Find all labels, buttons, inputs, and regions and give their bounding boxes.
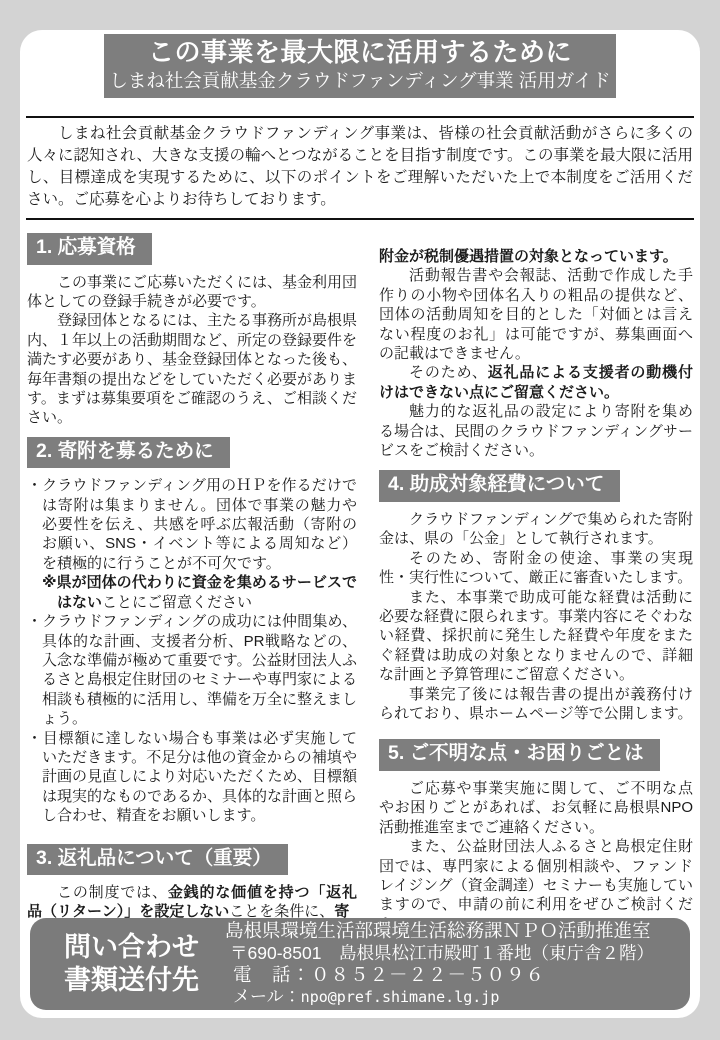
document-page: この事業を最大限に活用するために しまね社会貢献基金クラウドファンディング事業 … <box>20 30 700 1018</box>
contact-label-line2: 書類送付先 <box>64 964 199 997</box>
contact-email: メール：npo@pref.shimane.lg.jp <box>225 986 654 1008</box>
email-label: メール： <box>233 987 301 1006</box>
body-paragraph: クラウドファンディングで集められた寄附金は、県の「公金」として執行されます。 <box>379 510 693 549</box>
intro-block: しまね社会貢献基金クラウドファンディング事業は、皆様の社会貢献活動がさらに多くの… <box>26 116 694 220</box>
contact-box: 問い合わせ 書類送付先 島根県環境生活部環境生活総務課ＮＰＯ活動推進室 〒690… <box>30 918 690 1010</box>
section-heading: 3. 返礼品について（重要） <box>27 844 288 876</box>
section-heading: 4. 助成対象経費について <box>379 470 620 502</box>
body-paragraph: ご応募や事業実施に関して、ご不明な点やお困りごとがあれば、お気軽に島根県NPO活… <box>379 779 693 837</box>
section-heading: 2. 寄附を募るために <box>27 437 230 469</box>
page-title: この事業を最大限に活用するために <box>108 37 612 68</box>
left-column: 1. 応募資格この事業にご応募いただくには、基金利用団体としての登録手続きが必要… <box>27 233 357 922</box>
flyer-canvas: { "colors":{ "canvas":"#d3d3d3","page":"… <box>0 0 720 1040</box>
contact-phone: 電 話：０８５２－２２－５０９６ <box>225 964 654 986</box>
contact-address: 〒690-8501 島根県松江市殿町１番地（東庁舎２階） <box>225 942 654 964</box>
body-paragraph: また、本事業で助成可能な経費は活動に必要な経費に限られます。事業内容にそぐわない… <box>379 588 693 685</box>
body-paragraph: 附金が税制優遇措置の対象となっています。 <box>379 247 693 266</box>
section-heading: 5. ご不明な点・お困りごとは <box>379 739 660 771</box>
contact-organization: 島根県環境生活部環境生活総務課ＮＰＯ活動推進室 <box>225 920 654 942</box>
body-paragraph: 登録団体となるには、主たる事務所が島根県内、１年以上の活動期間など、所定の登録要… <box>27 311 357 427</box>
body-paragraph: そのため、寄附金の使途、事業の実現性・実行性について、厳正に審査いたします。 <box>379 549 693 588</box>
phone-label: 電 話： <box>233 964 311 985</box>
email-value: npo@pref.shimane.lg.jp <box>301 988 500 1006</box>
contact-info: 島根県環境生活部環境生活総務課ＮＰＯ活動推進室 〒690-8501 島根県松江市… <box>225 920 654 1008</box>
page-subtitle: しまね社会貢献基金クラウドファンディング事業 活用ガイド <box>108 68 612 93</box>
body-paragraph: この制度では、金銭的な価値を持つ「返礼品（リターン）」を設定しないことを条件に、… <box>27 883 357 922</box>
bullet-item: 目標額に達しない場合も事業は必ず実施していただきます。不足分は他の資金からの補填… <box>27 729 357 826</box>
body-paragraph: 魅力的な返礼品の設定により寄附を集める場合は、民間のクラウドファンディングサービ… <box>379 402 693 460</box>
contact-label-line1: 問い合わせ <box>64 931 199 964</box>
bullet-item: クラウドファンディングの成功には仲間集め、具体的な計画、支援者分析、PR戦略など… <box>27 612 357 728</box>
note-paragraph: ※県が団体の代わりに資金を集めるサービスではないことにご留意ください <box>42 573 357 612</box>
right-column: 附金が税制優遇措置の対象となっています。活動報告書や会報誌、活動で作成した手作り… <box>379 233 693 934</box>
section-heading: 1. 応募資格 <box>27 233 152 265</box>
body-paragraph: そのため、返礼品による支援者の動機付けはできない点にご留意ください。 <box>379 363 693 402</box>
body-paragraph: この事業にご応募いただくには、基金利用団体としての登録手続きが必要です。 <box>27 273 357 312</box>
bullet-item: クラウドファンディング用のＨＰを作るだけでは寄附は集まりません。団体で事業の魅力… <box>27 476 357 573</box>
body-paragraph: 活動報告書や会報誌、活動で作成した手作りの小物や団体名入りの粗品の提供など、団体… <box>379 266 693 363</box>
intro-paragraph: しまね社会貢献基金クラウドファンディング事業は、皆様の社会貢献活動がさらに多くの… <box>27 123 693 211</box>
phone-value: ０８５２－２２－５０９６ <box>311 964 545 985</box>
two-column-body: 1. 応募資格この事業にご応募いただくには、基金利用団体としての登録手続きが必要… <box>27 233 693 934</box>
body-paragraph: 事業完了後には報告書の提出が義務付けられており、県ホームページ等で公開します。 <box>379 685 693 724</box>
title-banner: この事業を最大限に活用するために しまね社会貢献基金クラウドファンディング事業 … <box>104 34 616 98</box>
contact-label: 問い合わせ 書類送付先 <box>64 931 199 997</box>
